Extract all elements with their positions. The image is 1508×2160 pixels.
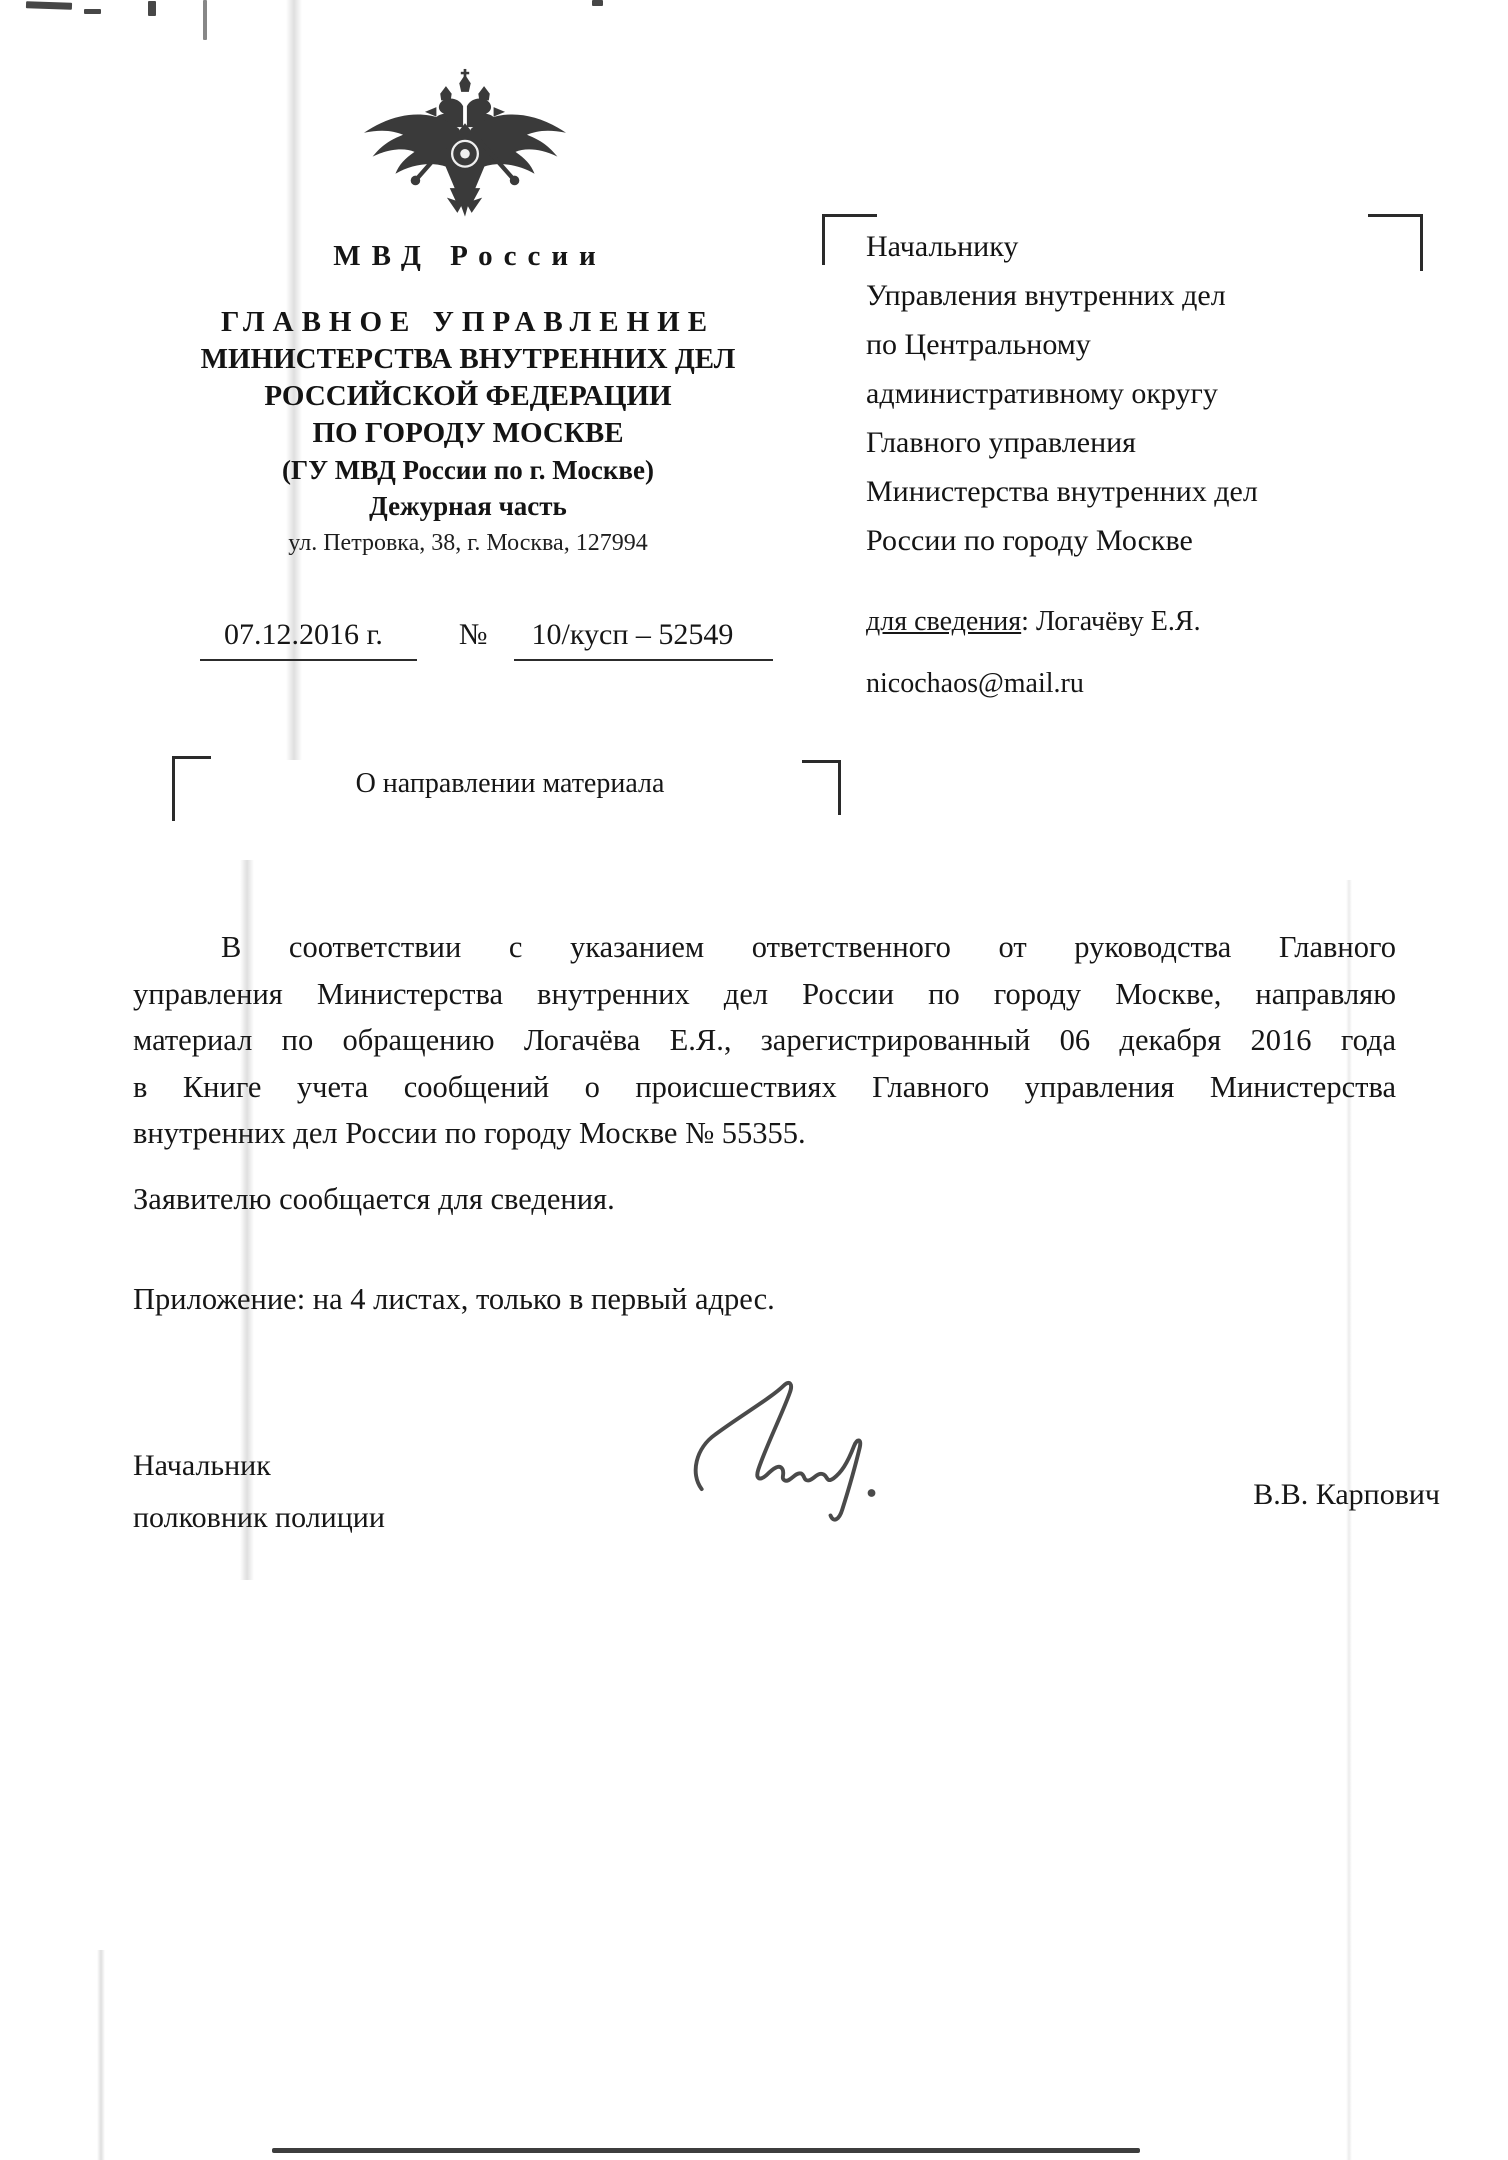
signer-post-line: Начальник	[133, 1440, 385, 1492]
body-paragraph-3: Приложение: на 4 листах, только в первый…	[133, 1282, 1396, 1317]
signer-name: В.В. Карпович	[1180, 1478, 1440, 1512]
subject-line: О направлении материала	[240, 768, 780, 800]
signer-post-line: полковник полиции	[133, 1492, 385, 1544]
org-name-block: ГЛАВНОЕ УПРАВЛЕНИЕ МИНИСТЕРСТВА ВНУТРЕНН…	[118, 304, 818, 524]
org-line: ПО ГОРОДУ МОСКВЕ	[118, 415, 818, 452]
attention-line: для сведения: Логачёву Е.Я.	[866, 606, 1201, 638]
handwritten-signature	[688, 1378, 893, 1528]
recipient-line: Главного управления	[866, 418, 1386, 467]
recipient-line: России по городу Москве	[866, 516, 1386, 565]
subject-corner-bracket-left	[172, 756, 211, 821]
date-number-line: 07.12.2016 г.№10/кусп – 52549	[200, 618, 773, 661]
body-line: В соответствии с указанием ответственног…	[133, 924, 1396, 971]
recipient-block: Начальнику Управления внутренних дел по …	[866, 222, 1386, 565]
scan-bottom-edge-line	[272, 2148, 1140, 2153]
org-line: ГЛАВНОЕ УПРАВЛЕНИЕ	[118, 304, 818, 341]
body-paragraph-2: Заявителю сообщается для сведения.	[133, 1182, 1396, 1217]
document-date: 07.12.2016 г.	[200, 618, 417, 661]
eagle-svg	[356, 68, 574, 230]
document-number: 10/кусп – 52549	[514, 618, 774, 661]
scan-noise-mark	[203, 0, 207, 40]
body-paragraph-1: В соответствии с указанием ответственног…	[133, 924, 1396, 1157]
org-line: (ГУ МВД России по г. Москве)	[118, 452, 818, 488]
subject-corner-bracket-right	[802, 760, 841, 815]
recipient-line: по Центральному	[866, 320, 1386, 369]
mvd-eagle-emblem	[356, 68, 574, 230]
recipient-line: административному округу	[866, 369, 1386, 418]
signer-post-block: Начальник полковник полиции	[133, 1440, 385, 1544]
signature-svg	[688, 1378, 893, 1528]
scan-noise-mark	[592, 0, 603, 6]
org-line: Дежурная часть	[118, 488, 818, 524]
recipient-email: nicochaos@mail.ru	[866, 668, 1084, 700]
recipient-line: Управления внутренних дел	[866, 271, 1386, 320]
scan-noise-mark	[84, 9, 101, 14]
body-line: внутренних дел России по городу Москве №…	[133, 1110, 1396, 1157]
org-address: ул. Петровка, 38, г. Москва, 127994	[118, 530, 818, 557]
attention-value: : Логачёву Е.Я.	[1021, 606, 1200, 637]
scanned-letter-page: МВД России ГЛАВНОЕ УПРАВЛЕНИЕ МИНИСТЕРСТ…	[0, 0, 1508, 2160]
scan-noise-mark	[148, 1, 156, 16]
org-line: МИНИСТЕРСТВА ВНУТРЕННИХ ДЕЛ	[118, 341, 818, 378]
recipient-line: Министерства внутренних дел	[866, 467, 1386, 516]
recipient-line: Начальнику	[866, 222, 1386, 271]
brand-title: МВД России	[140, 240, 800, 273]
body-line: в Книге учета сообщений о происшествиях …	[133, 1064, 1396, 1111]
attention-label: для сведения	[866, 606, 1021, 637]
body-line: материал по обращению Логачёва Е.Я., зар…	[133, 1017, 1396, 1064]
scan-fold-streak	[97, 1950, 105, 2160]
org-line: РОССИЙСКОЙ ФЕДЕРАЦИИ	[118, 378, 818, 415]
body-line: управления Министерства внутренних дел Р…	[133, 971, 1396, 1018]
scan-noise-mark	[26, 1, 72, 10]
number-sign: №	[459, 618, 488, 652]
